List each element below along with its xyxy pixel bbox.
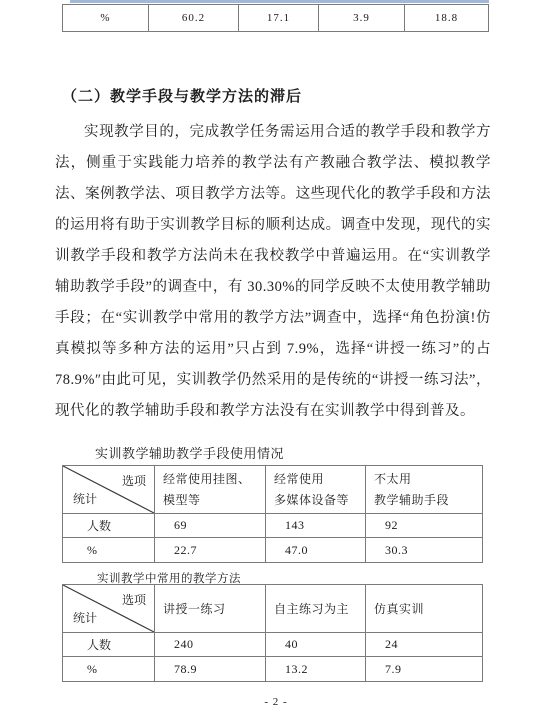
table-header-row: 选项 统计 经常使用挂图、 模型等 经常使用 多媒体设备等 不太用 教学辅助手段 (63, 466, 482, 514)
table-cell: 143 (266, 514, 366, 537)
page-number: - 2 - (0, 696, 552, 708)
row-label: % (63, 538, 155, 562)
row-label: % (63, 657, 155, 681)
table-row-counts: 人数 240 40 24 (63, 633, 482, 657)
fragment-cell: 60.2 (149, 5, 239, 31)
fragment-cell: 3.9 (319, 5, 405, 31)
table-cell: 78.9 (155, 657, 266, 681)
table-cell: 92 (366, 514, 483, 537)
teaching-aids-usage-table: 选项 统计 经常使用挂图、 模型等 经常使用 多媒体设备等 不太用 教学辅助手段… (62, 465, 483, 563)
table-cell: 7.9 (366, 657, 483, 681)
diagonal-corner-cell: 选项 统计 (63, 585, 155, 632)
table-fragment-percent-row: % 60.2 17.1 3.9 18.8 (62, 4, 489, 32)
fragment-cell: 17.1 (239, 5, 319, 31)
corner-label-stats: 统计 (73, 490, 97, 507)
row-label: 人数 (63, 514, 155, 537)
table-cell: 24 (366, 633, 483, 656)
corner-label-options: 选项 (122, 591, 146, 608)
body-paragraph: 实现教学目的，完成教学任务需运用合适的教学手段和教学方法，侧重于实践能力培养的教… (55, 117, 491, 427)
table-cell: 69 (155, 514, 266, 537)
row-label: 人数 (63, 633, 155, 656)
diagonal-corner-cell: 选项 统计 (63, 466, 155, 513)
table-cell: 240 (155, 633, 266, 656)
column-header: 不太用 教学辅助手段 (366, 466, 483, 513)
selection-highlight-strip (70, 0, 489, 3)
table-header-row: 选项 统计 讲授一练习 自主练习为主 仿真实训 (63, 585, 482, 633)
table-cell: 22.7 (155, 538, 266, 562)
section-heading: （二）教学手段与教学方法的滞后 (62, 85, 492, 106)
table-row-counts: 人数 69 143 92 (63, 514, 482, 538)
corner-label-stats: 统计 (73, 609, 97, 626)
table1-title: 实训教学辅助教学手段使用情况 (95, 443, 284, 462)
table-cell: 47.0 (266, 538, 366, 562)
table-cell: 40 (266, 633, 366, 656)
column-header: 自主练习为主 (266, 585, 366, 632)
column-header: 经常使用挂图、 模型等 (155, 466, 266, 513)
fragment-cell: 18.8 (405, 5, 488, 31)
fragment-cell: % (63, 5, 149, 31)
table-row-percent: % 22.7 47.0 30.3 (63, 538, 482, 562)
table-row-percent: % 78.9 13.2 7.9 (63, 657, 482, 681)
table-cell: 13.2 (266, 657, 366, 681)
teaching-methods-table: 选项 统计 讲授一练习 自主练习为主 仿真实训 人数 240 40 24 % 7… (62, 584, 483, 682)
column-header: 经常使用 多媒体设备等 (266, 466, 366, 513)
column-header: 讲授一练习 (155, 585, 266, 632)
table-cell: 30.3 (366, 538, 483, 562)
corner-label-options: 选项 (122, 472, 146, 489)
column-header: 仿真实训 (366, 585, 483, 632)
